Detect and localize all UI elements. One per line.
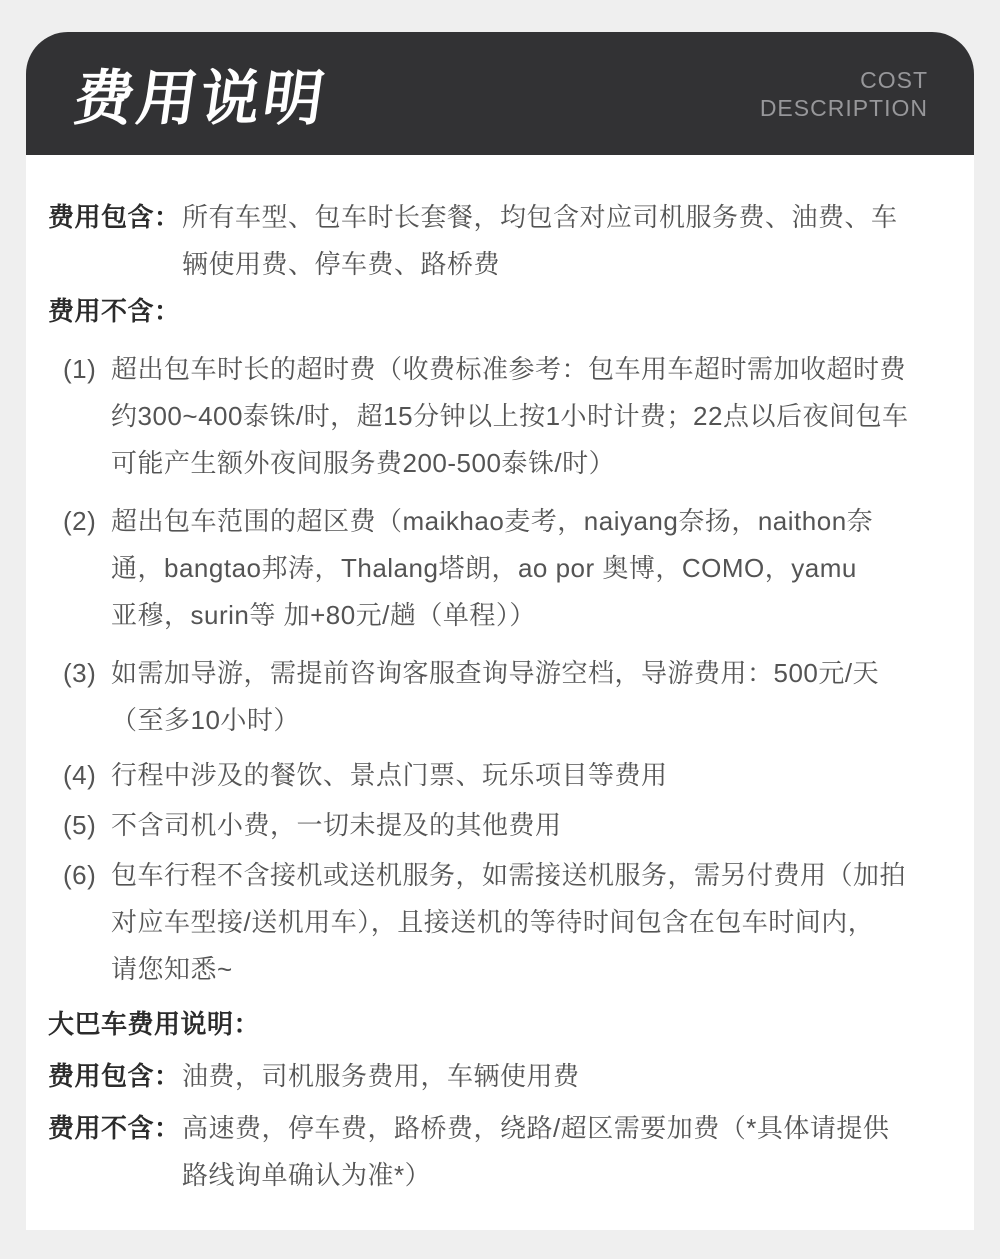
bus-section-title: 大巴车费用说明： bbox=[48, 1001, 944, 1048]
card-header: 费用说明 COST DESCRIPTION bbox=[26, 32, 974, 155]
bus-fees-included-label: 费用包含： bbox=[48, 1053, 182, 1100]
bus-fees-included-row: 费用包含： 油费，司机服务费用，车辆使用费 bbox=[48, 1053, 944, 1100]
item-number: (3) bbox=[63, 650, 111, 697]
item-number: (4) bbox=[63, 752, 111, 799]
item-text: 超出包车范围的超区费（maikhao麦考，naiyang奈扬，naithon奈 … bbox=[111, 498, 944, 639]
fees-excluded-label: 费用不含： bbox=[48, 288, 181, 335]
item-number: (6) bbox=[63, 852, 111, 899]
excluded-item-4: (4) 行程中涉及的餐饮、景点门票、玩乐项目等费用 bbox=[48, 752, 944, 799]
item-text: 如需加导游，需提前咨询客服查询导游空档，导游费用：500元/天 （至多10小时） bbox=[111, 650, 944, 744]
excluded-item-1: (1) 超出包车时长的超时费（收费标准参考：包车用车超时需加收超时费 约300~… bbox=[48, 346, 944, 487]
item-number: (5) bbox=[63, 802, 111, 849]
item-text: 超出包车时长的超时费（收费标准参考：包车用车超时需加收超时费 约300~400泰… bbox=[111, 346, 944, 487]
bus-fees-excluded-text: 高速费，停车费，路桥费，绕路/超区需要加费（*具体请提供 路线询单确认为准*） bbox=[182, 1105, 944, 1199]
page: 费用说明 COST DESCRIPTION 费用包含： 所有车型、包车时长套餐，… bbox=[0, 0, 1000, 1259]
fees-included-row: 费用包含： 所有车型、包车时长套餐，均包含对应司机服务费、油费、车 辆使用费、停… bbox=[48, 194, 944, 288]
fees-included-text: 所有车型、包车时长套餐，均包含对应司机服务费、油费、车 辆使用费、停车费、路桥费 bbox=[182, 194, 944, 288]
item-text: 行程中涉及的餐饮、景点门票、玩乐项目等费用 bbox=[111, 752, 944, 799]
fees-included-label: 费用包含： bbox=[48, 194, 182, 241]
page-title: 费用说明 bbox=[69, 51, 333, 137]
cost-description-card: 费用说明 COST DESCRIPTION 费用包含： 所有车型、包车时长套餐，… bbox=[26, 32, 974, 1230]
excluded-item-3: (3) 如需加导游，需提前咨询客服查询导游空档，导游费用：500元/天 （至多1… bbox=[48, 650, 944, 744]
excluded-item-5: (5) 不含司机小费，一切未提及的其他费用 bbox=[48, 802, 944, 849]
bus-fees-included-text: 油费，司机服务费用，车辆使用费 bbox=[182, 1053, 944, 1100]
item-number: (2) bbox=[63, 498, 111, 545]
bus-fees-excluded-row: 费用不含： 高速费，停车费，路桥费，绕路/超区需要加费（*具体请提供 路线询单确… bbox=[48, 1105, 944, 1199]
card-body: 费用包含： 所有车型、包车时长套餐，均包含对应司机服务费、油费、车 辆使用费、停… bbox=[26, 155, 974, 1230]
item-number: (1) bbox=[63, 346, 111, 393]
item-text: 不含司机小费，一切未提及的其他费用 bbox=[111, 802, 944, 849]
bus-fees-excluded-label: 费用不含： bbox=[48, 1105, 182, 1152]
fees-excluded-row: 费用不含： bbox=[48, 288, 944, 335]
excluded-item-6: (6) 包车行程不含接机或送机服务，如需接送机服务，需另付费用（加拍 对应车型接… bbox=[48, 852, 944, 993]
header-subtitle-english: COST DESCRIPTION bbox=[760, 66, 928, 122]
item-text: 包车行程不含接机或送机服务，如需接送机服务，需另付费用（加拍 对应车型接/送机用… bbox=[111, 852, 944, 993]
excluded-item-2: (2) 超出包车范围的超区费（maikhao麦考，naiyang奈扬，naith… bbox=[48, 498, 944, 639]
